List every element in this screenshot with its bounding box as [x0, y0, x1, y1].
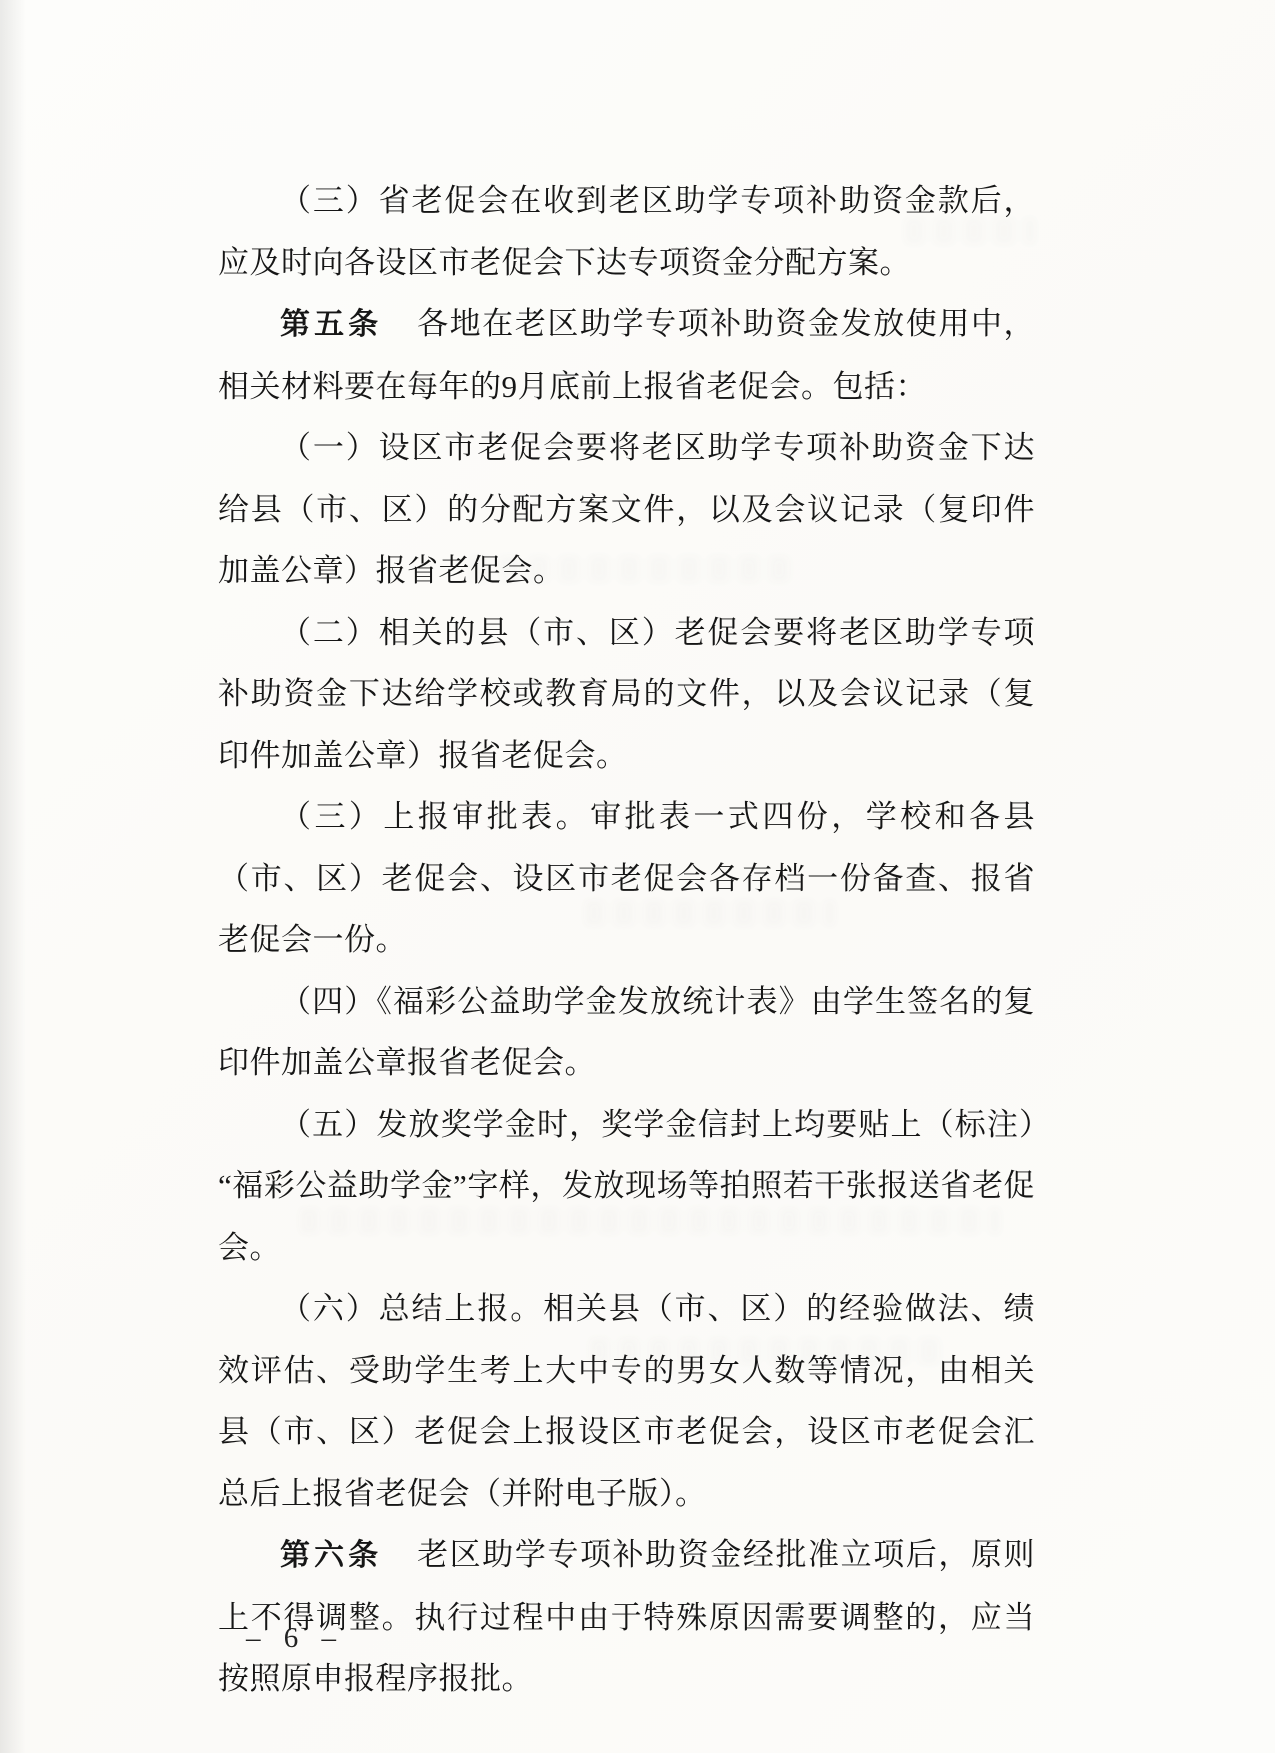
paragraph-text: （三）省老促会在收到老区助学专项补助资金款后，应及时向各设区市老促会下达专项资金… — [218, 183, 1035, 280]
paragraph: （四）《福彩公益助学金发放统计表》由学生签名的复印件加盖公章报省老促会。 — [218, 971, 1035, 1094]
paragraph-text: （四）《福彩公益助学金发放统计表》由学生签名的复印件加盖公章报省老促会。 — [218, 984, 1035, 1081]
paragraph: （三）省老促会在收到老区助学专项补助资金款后，应及时向各设区市老促会下达专项资金… — [218, 170, 1035, 293]
paragraph-text: （三）上报审批表。审批表一式四份，学校和各县（市、区）老促会、设区市老促会各存档… — [218, 799, 1035, 957]
document-body: （三）省老促会在收到老区助学专项补助资金款后，应及时向各设区市老促会下达专项资金… — [218, 170, 1035, 1710]
paragraph: （三）上报审批表。审批表一式四份，学校和各县（市、区）老促会、设区市老促会各存档… — [218, 786, 1035, 971]
scan-edge-shading — [0, 0, 26, 1753]
page-number: – 6 – — [246, 1622, 344, 1655]
paragraph: 第六条 老区助学专项补助资金经批准立项后，原则上不得调整。执行过程中由于特殊原因… — [218, 1524, 1035, 1710]
paragraph: （六）总结上报。相关县（市、区）的经验做法、绩效评估、受助学生考上大中专的男女人… — [218, 1278, 1035, 1524]
paragraph-text: （一）设区市老促会要将老区助学专项补助资金下达给县（市、区）的分配方案文件，以及… — [218, 430, 1035, 588]
clause-heading: 第五条 — [280, 308, 382, 341]
paragraph: （一）设区市老促会要将老区助学专项补助资金下达给县（市、区）的分配方案文件，以及… — [218, 417, 1035, 602]
paragraph: （五）发放奖学金时，奖学金信封上均要贴上（标注）“福彩公益助学金”字样，发放现场… — [218, 1094, 1035, 1279]
paragraph: 第五条 各地在老区助学专项补助资金发放使用中，相关材料要在每年的9月底前上报省老… — [218, 293, 1035, 417]
paragraph: （二）相关的县（市、区）老促会要将老区助学专项补助资金下达给学校或教育局的文件，… — [218, 602, 1035, 787]
document-page: （三）省老促会在收到老区助学专项补助资金款后，应及时向各设区市老促会下达专项资金… — [0, 0, 1275, 1753]
paragraph-text: （五）发放奖学金时，奖学金信封上均要贴上（标注）“福彩公益助学金”字样，发放现场… — [218, 1107, 1035, 1265]
paragraph-text: （二）相关的县（市、区）老促会要将老区助学专项补助资金下达给学校或教育局的文件，… — [218, 615, 1035, 773]
paragraph-text: （六）总结上报。相关县（市、区）的经验做法、绩效评估、受助学生考上大中专的男女人… — [218, 1291, 1035, 1511]
clause-heading: 第六条 — [280, 1539, 382, 1572]
